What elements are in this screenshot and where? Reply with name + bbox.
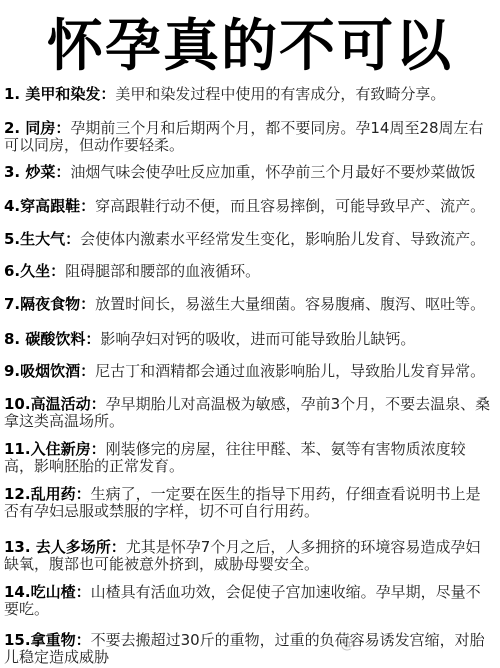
list-item: 6.久坐：阻碍腿部和腰部的血液循环。 (4, 263, 494, 280)
item-label: 2. 同房： (4, 119, 70, 137)
item-text: 尼古丁和酒精都会通过血液影响胎儿，导致胎儿发育异常。 (95, 362, 485, 380)
list-item: 15.拿重物：不要去搬超过30斤的重物，过重的负荷容易诱发宫缩，对胎儿稳定造成威… (4, 632, 494, 666)
item-label: 14.吃山楂： (4, 583, 91, 601)
item-label: 7.隔夜食物： (4, 295, 95, 313)
list-item: 14.吃山楂：山楂具有活血功效，会促使子宫加速收缩。孕早期，尽量不要吃。 (4, 584, 494, 618)
item-text: 阻碍腿部和腰部的血液循环。 (65, 262, 260, 280)
item-text: 会使体内激素水平经常发生变化，影响胎儿发育、导致流产。 (80, 230, 485, 248)
watermark: @ (340, 636, 354, 652)
item-text: 孕期前三个月和后期两个月，都不要同房。孕14周至28周左右可以同房，但动作要轻柔… (4, 119, 484, 154)
list-item: 13. 去人多场所：尤其是怀孕7个月之后，人多拥挤的环境容易造成孕妇缺氧，腹部也… (4, 539, 494, 573)
list-item: 2. 同房：孕期前三个月和后期两个月，都不要同房。孕14周至28周左右可以同房，… (4, 120, 494, 154)
item-label: 12.乱用药： (4, 485, 91, 503)
item-label: 15.拿重物： (4, 631, 91, 649)
list-item: 9.吸烟饮酒：尼古丁和酒精都会通过血液影响胎儿，导致胎儿发育异常。 (4, 363, 494, 380)
list-item: 11.入住新房：刚装修完的房屋，往往甲醛、苯、氨等有害物质浓度较高，影响胚胎的正… (4, 441, 494, 475)
list-item: 8. 碳酸饮料：影响孕妇对钙的吸收，进而可能导致胎儿缺钙。 (4, 331, 494, 348)
item-text: 美甲和染发过程中使用的有害成分，有致畸分享。 (115, 85, 445, 103)
item-label: 8. 碳酸饮料： (4, 330, 100, 348)
item-label: 11.入住新房： (4, 440, 106, 458)
list-item: 5.生大气：会使体内激素水平经常发生变化，影响胎儿发育、导致流产。 (4, 231, 494, 248)
item-label: 10.高温活动： (4, 395, 106, 413)
item-label: 13. 去人多场所： (4, 538, 126, 556)
item-text: 放置时间长，易滋生大量细菌。容易腹痛、腹泻、呕吐等。 (95, 295, 485, 313)
list-item: 10.高温活动：孕早期胎儿对高温极为敏感，孕前3个月，不要去温泉、桑拿这类高温场… (4, 396, 494, 430)
list-item: 12.乱用药：生病了，一定要在医生的指导下用药，仔细查看说明书上是否有孕妇忌服或… (4, 486, 494, 520)
item-text: 影响孕妇对钙的吸收，进而可能导致胎儿缺钙。 (100, 330, 415, 348)
list-item: 4.穿高跟鞋：穿高跟鞋行动不便，而且容易摔倒，可能导致早产、流产。 (4, 198, 494, 215)
item-label: 4.穿高跟鞋： (4, 197, 95, 215)
list-item: 3. 炒菜：油烟气味会使孕吐反应加重，怀孕前三个月最好不要炒菜做饭 (4, 164, 494, 181)
item-text: 油烟气味会使孕吐反应加重，怀孕前三个月最好不要炒菜做饭 (70, 163, 475, 181)
item-text: 穿高跟鞋行动不便，而且容易摔倒，可能导致早产、流产。 (95, 197, 485, 215)
item-label: 5.生大气： (4, 230, 80, 248)
item-label: 9.吸烟饮酒： (4, 362, 95, 380)
list-item: 7.隔夜食物：放置时间长，易滋生大量细菌。容易腹痛、腹泻、呕吐等。 (4, 296, 494, 313)
page-title: 怀孕真的不可以 (0, 14, 500, 80)
item-label: 6.久坐： (4, 262, 65, 280)
list-item: 1. 美甲和染发：美甲和染发过程中使用的有害成分，有致畸分享。 (4, 86, 494, 103)
item-label: 1. 美甲和染发： (4, 85, 115, 103)
item-label: 3. 炒菜： (4, 163, 70, 181)
